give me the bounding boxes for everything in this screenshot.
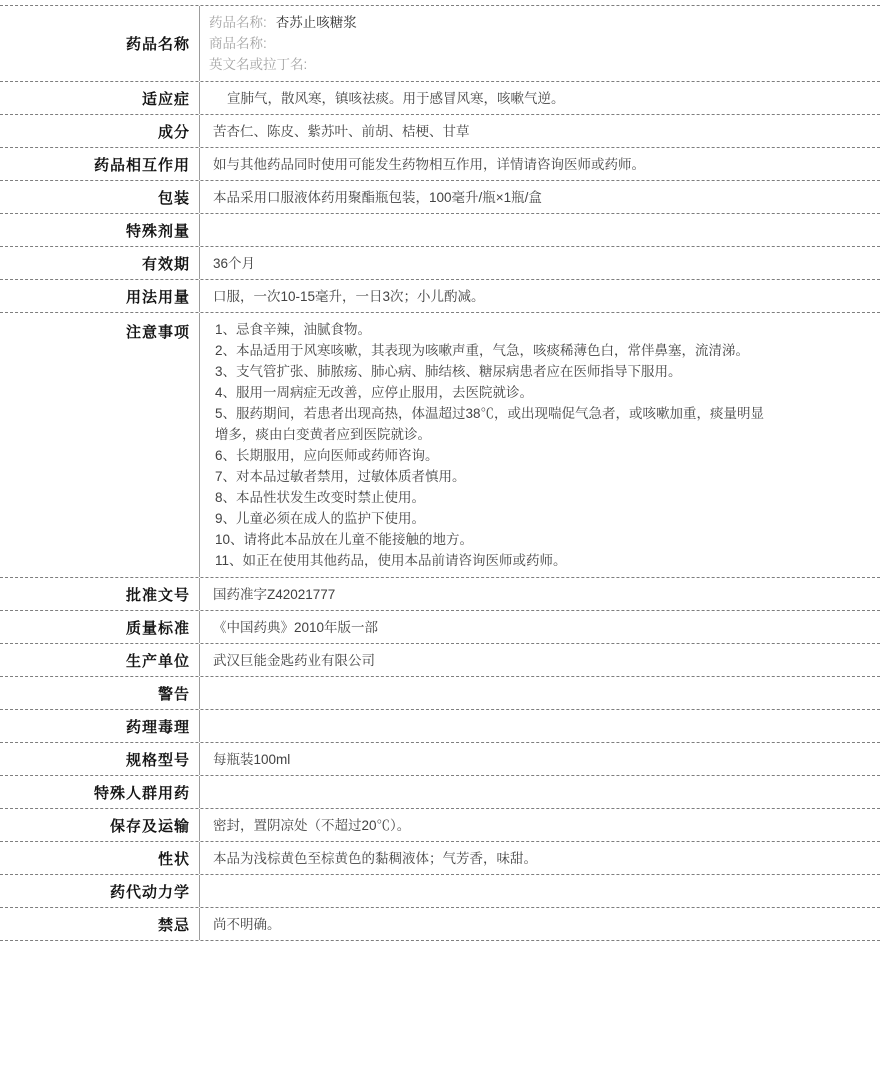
row-pharmacology-toxicology: 药理毒理: [0, 710, 880, 743]
row-label: 包装: [0, 181, 200, 213]
row-precautions: 注意事项 1、忌食辛辣，油腻食物。 2、本品适用于风寒咳嗽，其表现为咳嗽声重，气…: [0, 313, 880, 578]
row-content: [200, 214, 880, 246]
row-label: 特殊剂量: [0, 214, 200, 246]
row-specification: 规格型号 每瓶装100ml: [0, 743, 880, 776]
row-label: 药代动力学: [0, 875, 200, 907]
row-content: 本品采用口服液体药用聚酯瓶包装，100毫升/瓶×1瓶/盒: [200, 181, 880, 213]
row-quality-standard: 质量标准 《中国药典》2010年版一部: [0, 611, 880, 644]
row-content: 国药准字Z42021777: [200, 578, 880, 610]
row-contraindications: 禁忌 尚不明确。: [0, 908, 880, 941]
row-label: 用法用量: [0, 280, 200, 312]
row-label: 警告: [0, 677, 200, 709]
english-name-line: 英文名或拉丁名:: [209, 54, 316, 75]
row-label: 质量标准: [0, 611, 200, 643]
row-warning: 警告: [0, 677, 880, 710]
row-label: 性状: [0, 842, 200, 874]
row-content: [200, 875, 880, 907]
row-content: 1、忌食辛辣，油腻食物。 2、本品适用于风寒咳嗽，其表现为咳嗽声重，气急，咳痰稀…: [200, 313, 880, 577]
trade-name-line: 商品名称:: [209, 33, 276, 54]
precaution-item: 3、支气管扩张、肺脓疡、肺心病、肺结核、糖尿病患者应在医师指导下服用。: [215, 361, 682, 382]
precaution-item: 1、忌食辛辣，油腻食物。: [215, 319, 371, 340]
row-pharmacokinetics: 药代动力学: [0, 875, 880, 908]
row-packaging: 包装 本品采用口服液体药用聚酯瓶包装，100毫升/瓶×1瓶/盒: [0, 181, 880, 214]
row-label: 批准文号: [0, 578, 200, 610]
precaution-item: 9、儿童必须在成人的监护下使用。: [215, 508, 425, 529]
row-content: 武汉巨能金匙药业有限公司: [200, 644, 880, 676]
row-content: 苦杏仁、陈皮、紫苏叶、前胡、桔梗、甘草: [200, 115, 880, 147]
row-dosage-usage: 用法用量 口服，一次10-15毫升，一日3次；小儿酌减。: [0, 280, 880, 313]
row-content: 药品名称:杏苏止咳糖浆 商品名称: 英文名或拉丁名:: [200, 6, 880, 81]
english-name-key: 英文名或拉丁名:: [209, 57, 307, 72]
row-label: 适应症: [0, 82, 200, 114]
trade-name-key: 商品名称:: [209, 36, 267, 51]
row-description: 性状 本品为浅棕黄色至棕黄色的黏稠液体；气芳香，味甜。: [0, 842, 880, 875]
precaution-item: 2、本品适用于风寒咳嗽，其表现为咳嗽声重，气急，咳痰稀薄色白，常伴鼻塞，流清涕。: [215, 340, 749, 361]
row-label: 禁忌: [0, 908, 200, 940]
drug-name-line: 药品名称:杏苏止咳糖浆: [209, 12, 357, 33]
row-storage-transport: 保存及运输 密封，置阴凉处（不超过20℃）。: [0, 809, 880, 842]
precaution-item: 4、服用一周病症无改善，应停止服用，去医院就诊。: [215, 382, 533, 403]
row-label: 药品相互作用: [0, 148, 200, 180]
drug-info-table: 药品名称 药品名称:杏苏止咳糖浆 商品名称: 英文名或拉丁名: 适应症 宣肺气，…: [0, 5, 880, 941]
drug-name-key: 药品名称:: [209, 15, 267, 30]
row-label: 有效期: [0, 247, 200, 279]
row-content: 《中国药典》2010年版一部: [200, 611, 880, 643]
row-label: 药品名称: [0, 6, 200, 81]
row-drug-name: 药品名称 药品名称:杏苏止咳糖浆 商品名称: 英文名或拉丁名:: [0, 6, 880, 82]
drug-name-value: 杏苏止咳糖浆: [276, 15, 357, 30]
row-special-populations: 特殊人群用药: [0, 776, 880, 809]
row-special-dosage: 特殊剂量: [0, 214, 880, 247]
row-label: 特殊人群用药: [0, 776, 200, 808]
row-label: 规格型号: [0, 743, 200, 775]
row-content: 每瓶装100ml: [200, 743, 880, 775]
row-content: [200, 677, 880, 709]
row-manufacturer: 生产单位 武汉巨能金匙药业有限公司: [0, 644, 880, 677]
row-indications: 适应症 宣肺气，散风寒，镇咳祛痰。用于感冒风寒，咳嗽气逆。: [0, 82, 880, 115]
precaution-item: 5、服药期间，若患者出现高热，体温超过38℃，或出现喘促气急者，或咳嗽加重，痰量…: [215, 403, 775, 445]
precaution-item: 11、如正在使用其他药品，使用本品前请咨询医师或药师。: [215, 550, 567, 571]
row-approval-number: 批准文号 国药准字Z42021777: [0, 578, 880, 611]
row-label: 保存及运输: [0, 809, 200, 841]
row-label: 注意事项: [0, 313, 200, 577]
row-content: [200, 776, 880, 808]
row-ingredients: 成分 苦杏仁、陈皮、紫苏叶、前胡、桔梗、甘草: [0, 115, 880, 148]
row-content: 尚不明确。: [200, 908, 880, 940]
row-content: 宣肺气，散风寒，镇咳祛痰。用于感冒风寒，咳嗽气逆。: [200, 82, 880, 114]
row-content: 密封，置阴凉处（不超过20℃）。: [200, 809, 880, 841]
row-drug-interactions: 药品相互作用 如与其他药品同时使用可能发生药物相互作用，详情请咨询医师或药师。: [0, 148, 880, 181]
row-content: 本品为浅棕黄色至棕黄色的黏稠液体；气芳香，味甜。: [200, 842, 880, 874]
row-content: 口服，一次10-15毫升，一日3次；小儿酌减。: [200, 280, 880, 312]
row-label: 药理毒理: [0, 710, 200, 742]
precaution-item: 8、本品性状发生改变时禁止使用。: [215, 487, 425, 508]
row-shelf-life: 有效期 36个月: [0, 247, 880, 280]
row-content: [200, 710, 880, 742]
row-content: 如与其他药品同时使用可能发生药物相互作用，详情请咨询医师或药师。: [200, 148, 880, 180]
row-content: 36个月: [200, 247, 880, 279]
row-label: 成分: [0, 115, 200, 147]
row-label: 生产单位: [0, 644, 200, 676]
precaution-item: 7、对本品过敏者禁用，过敏体质者慎用。: [215, 466, 466, 487]
precaution-item: 10、请将此本品放在儿童不能接触的地方。: [215, 529, 473, 550]
precaution-item: 6、长期服用，应向医师或药师咨询。: [215, 445, 439, 466]
